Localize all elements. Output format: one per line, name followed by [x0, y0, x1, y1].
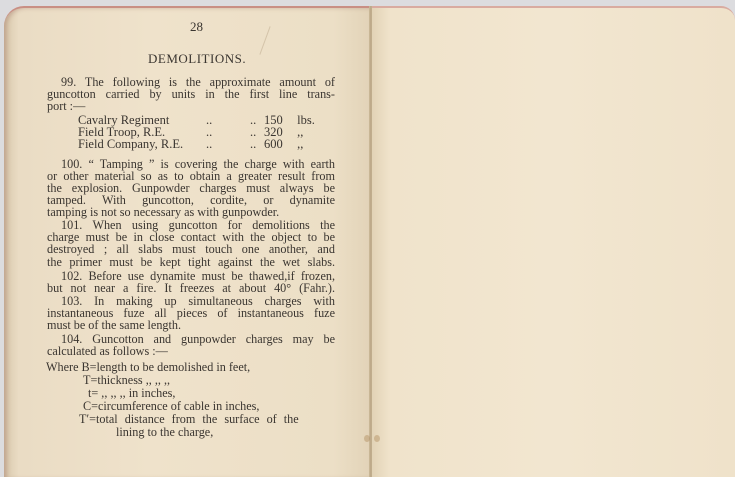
page-number: 28: [190, 19, 203, 35]
paragraph-101-line: the primer must be kept tight against th…: [47, 256, 335, 268]
definition-line: T=thickness ,, ,, ,,: [83, 374, 170, 387]
measure: ,,: [297, 137, 303, 151]
definition-line: Where B=length to be demolished in feet,: [46, 361, 250, 374]
paragraph-102-line: but not near a fire. It freezes at about…: [47, 282, 335, 294]
amount: 600: [264, 138, 294, 150]
definition-line: T′=total distance from the surface of th…: [79, 413, 299, 426]
paragraph-103-line: must be of the same length.: [47, 319, 335, 331]
paragraph-99-line: guncotton carried by units in the first …: [47, 88, 335, 100]
definition-line: t= ,, ,, ,, in inches,: [88, 387, 175, 400]
leader-dots: ..: [206, 114, 250, 126]
section-heading: DEMOLITIONS.: [148, 51, 246, 67]
paper-stain: [374, 435, 380, 442]
open-book-spread: 28 DEMOLITIONS. 99. The following is the…: [0, 0, 735, 477]
leader-dots: ..: [206, 126, 250, 138]
unit-name: Field Company, R.E.: [78, 138, 206, 150]
paragraph-101-line: destroyed ; all slabs must touch one ano…: [47, 243, 335, 255]
paragraph-104-line: calculated as follows :—: [47, 345, 335, 357]
table-row: Field Company, R.E.....600 ,,: [78, 138, 303, 150]
right-page-blank: [372, 6, 735, 477]
leader-dots: ..: [250, 138, 264, 150]
definition-line: C=circumference of cable in inches,: [83, 400, 259, 413]
paragraph-99-line: port :—: [47, 100, 335, 112]
leader-dots: ..: [206, 138, 250, 150]
definition-line: lining to the charge,: [116, 426, 213, 439]
paper-stain: [364, 435, 370, 442]
paragraph-100-line: tamping is not so necessary as with gunp…: [47, 206, 335, 218]
